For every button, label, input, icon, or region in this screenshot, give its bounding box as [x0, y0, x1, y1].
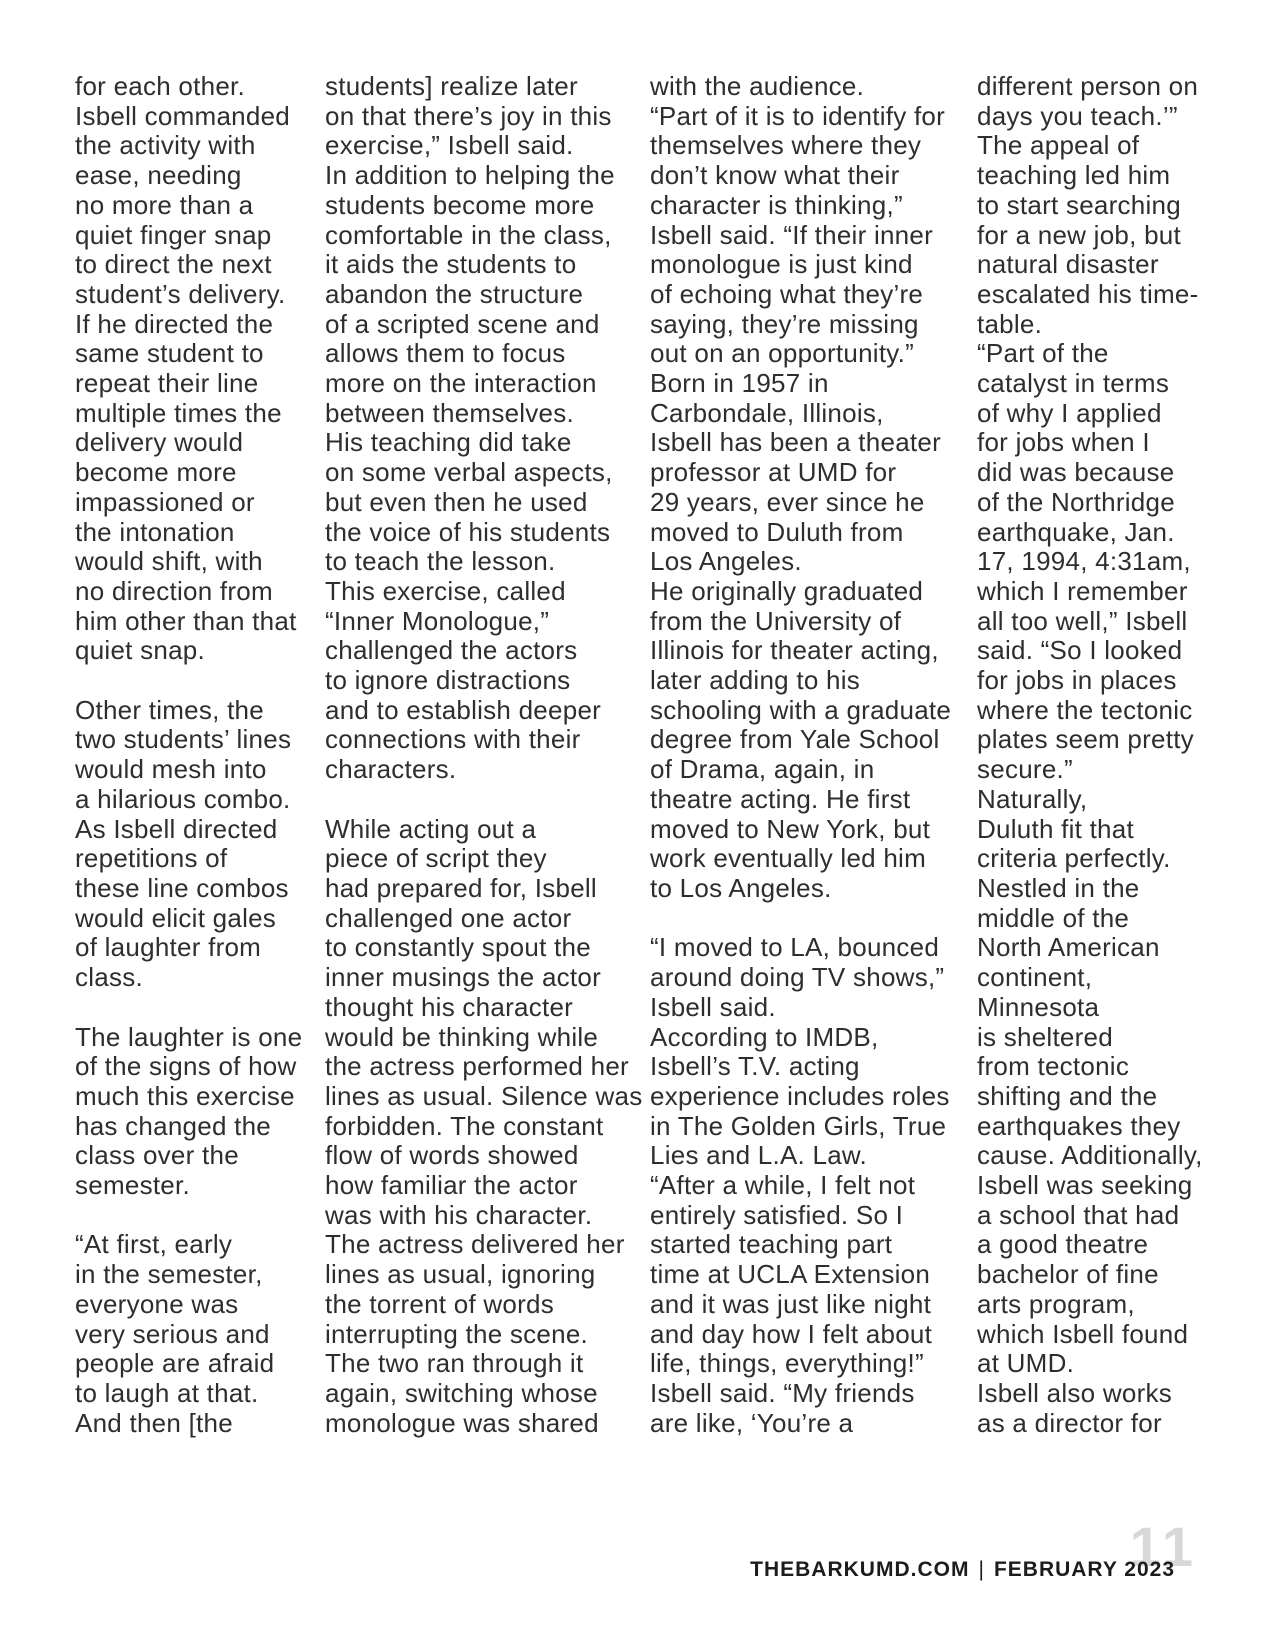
- page-number: 11: [1130, 1519, 1197, 1575]
- footer-text: THEBARKUMD.COM | FEBRUARY 2023: [750, 1558, 1175, 1582]
- footer-issue-date: FEBRUARY 2023: [994, 1558, 1175, 1582]
- article-column-4: different person on days you teach.’” Th…: [977, 72, 1239, 1438]
- footer-site-url: THEBARKUMD.COM: [750, 1558, 969, 1582]
- footer-separator: |: [978, 1558, 984, 1582]
- article-column-1: for each other. Isbell commanded the act…: [75, 72, 325, 1438]
- article-column-3: with the audience. “Part of it is to ide…: [650, 72, 962, 1438]
- article-column-2: students] realize later on that there’s …: [325, 72, 635, 1438]
- magazine-page: for each other. Isbell commanded the act…: [0, 0, 1275, 1650]
